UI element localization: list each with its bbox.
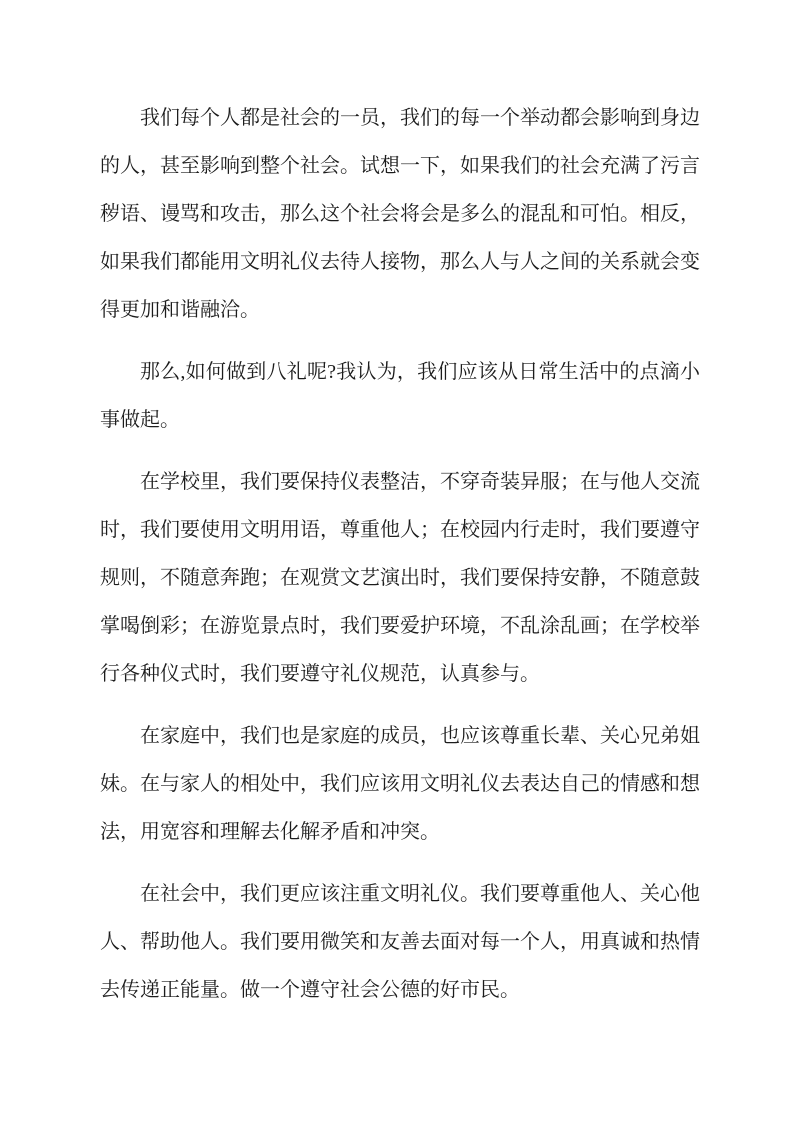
body-paragraph-4: 在家庭中，我们也是家庭的成员，也应该尊重长辈、关心兄弟姐妹。在与家人的相处中，我…: [100, 712, 700, 856]
body-paragraph-2: 那么,如何做到八礼呢?我认为，我们应该从日常生活中的点滴小事做起。: [100, 348, 700, 444]
document-page: 我们每个人都是社会的一员，我们的每一个举动都会影响到身边的人，甚至影响到整个社会…: [0, 0, 793, 1122]
body-paragraph-5: 在社会中，我们更应该注重文明礼仪。我们要尊重他人、关心他人、帮助他人。我们要用微…: [100, 870, 700, 1014]
body-paragraph-3: 在学校里，我们要保持仪表整洁，不穿奇装异服；在与他人交流时，我们要使用文明用语，…: [100, 458, 700, 698]
body-paragraph-1: 我们每个人都是社会的一员，我们的每一个举动都会影响到身边的人，甚至影响到整个社会…: [100, 94, 700, 334]
